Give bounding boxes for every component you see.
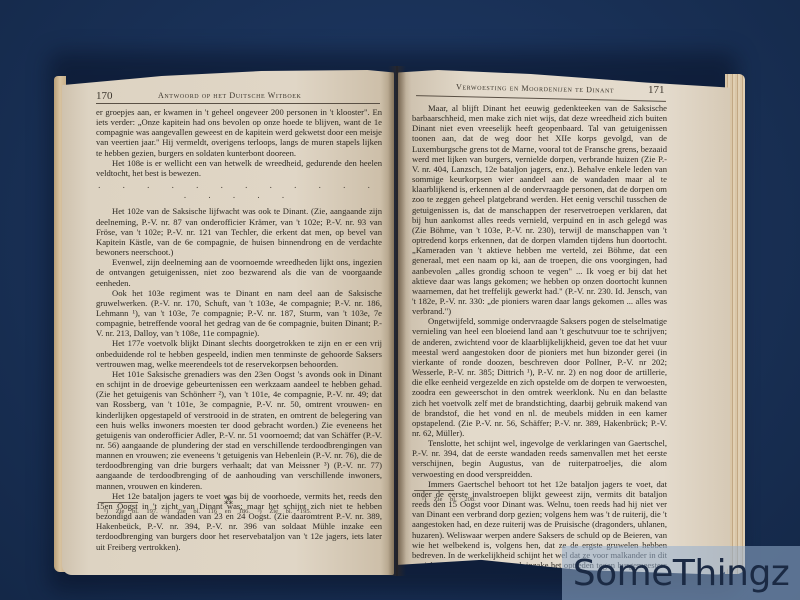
end-mark-asterism: ⁂ [224, 496, 233, 507]
paragraph: Het 102e van de Saksische lijfwacht was … [96, 206, 382, 257]
right-footnotes: ¹) Zie bl. 208. [422, 496, 476, 503]
left-footnote-rule [98, 502, 138, 503]
paragraph: Het 108e is er wellicht een van hetwelk … [96, 158, 382, 178]
watermark-band: SomeThingz [562, 546, 800, 600]
paragraph: Evenwel, zijn deelneming aan de voornoem… [96, 257, 382, 287]
right-body-text: Maar, al blijft Dinant het eeuwig gedenk… [412, 103, 667, 591]
paragraph: Ook het 103e regiment was te Dinant en n… [96, 288, 382, 339]
watermark-logo-text: SomeThingz [573, 553, 789, 594]
right-header-rule [416, 95, 666, 102]
paragraph: er groepjes aan, er kwamen in 't geheel … [96, 107, 382, 158]
left-header-rule [96, 103, 380, 104]
left-footnotes: ¹) Zie bl. 197. ²) Zie bl. 116 en 186. ³… [104, 508, 311, 515]
footnote: ¹) Zie bl. 197. [104, 508, 158, 515]
footnote: ²) Zie bl. 116 en 186. [165, 508, 250, 515]
left-page-number: 170 [96, 90, 113, 102]
footnote: ³) Zie bl. 195. [258, 508, 312, 515]
right-running-head: Verwoesting en Moordenijen te Dinant [456, 82, 614, 94]
footnote: ¹) Zie bl. 208. [422, 496, 476, 503]
section-break-dots: . . . . . . . . . . . . . . . . . [96, 180, 382, 200]
right-page-number: 171 [648, 84, 665, 96]
book-gutter [388, 66, 406, 576]
left-running-head: Antwoord op het Duitsche Witboek [158, 91, 302, 100]
right-footnote-rule [414, 490, 454, 491]
paragraph: Het 177e voetvolk blijkt Dinant slechts … [96, 338, 382, 368]
paragraph: Het 101e Saksische grenadiers was den 23… [96, 369, 382, 491]
paragraph: Maar, al blijft Dinant het eeuwig gedenk… [412, 103, 667, 316]
left-body-text: er groepjes aan, er kwamen in 't geheel … [96, 107, 382, 552]
paragraph: Het 12e bataljon jagers te voet was bij … [96, 491, 382, 552]
paragraph: Tenslotte, het schijnt wel, ingevolge de… [412, 438, 667, 479]
right-page: Verwoesting en Moordenijen te Dinant 171… [398, 70, 730, 575]
left-page: 170 Antwoord op het Duitsche Witboek er … [62, 70, 394, 575]
paragraph: Ongetwijfeld, sommige ondervraagde Sakse… [412, 316, 667, 438]
